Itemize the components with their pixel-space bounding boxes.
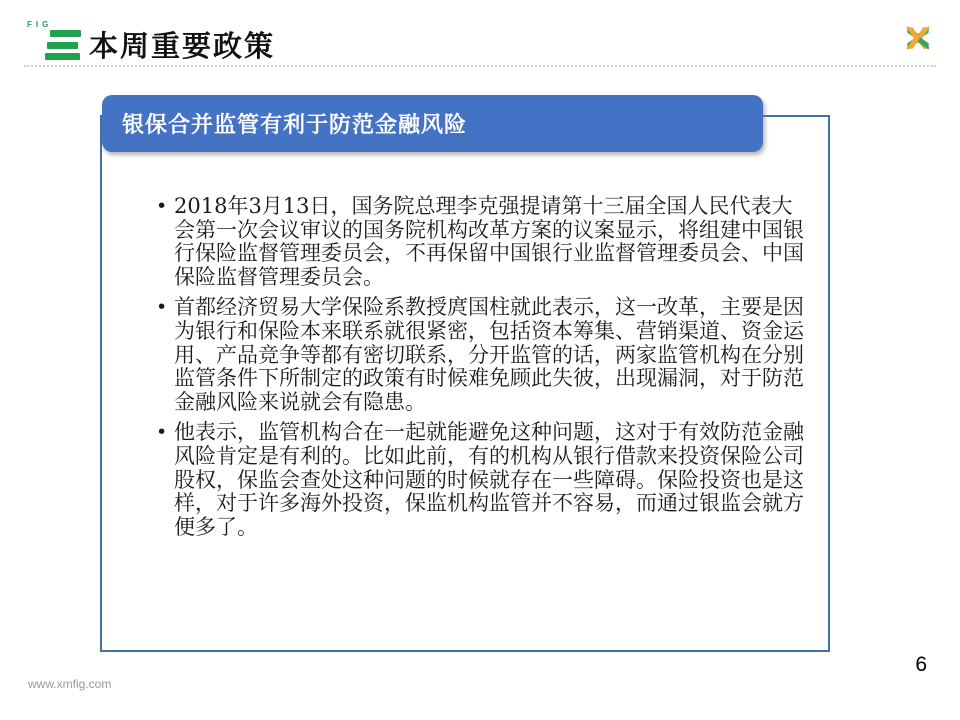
header-divider [24, 65, 936, 67]
fig-logo-bar-icon [47, 42, 78, 49]
bullet-item: 首都经济贸易大学保险系教授庹国柱就此表示，这一改革，主要是因为银行和保险本来联系… [155, 296, 805, 414]
card-title-bar: 银保合并监管有利于防范金融风险 [102, 95, 763, 152]
bullet-item: 他表示，监管机构合在一起就能避免这种问题，这对于有效防范金融风险肯定是有利的。比… [155, 421, 805, 539]
page-title: 本周重要政策 [89, 24, 275, 65]
fig-logo-bar-icon [45, 53, 80, 60]
slide: FIG 本周重要政策 银保合并监管有利于防范金融风险 2018 [0, 0, 960, 720]
bullet-item: 2018年3月13日，国务院总理李克强提请第十三届全国人民代表大会第一次会议审议… [155, 195, 805, 289]
website-url: www.xmfig.com [28, 677, 111, 691]
fig-logo-bar-icon [50, 30, 81, 37]
fig-logo-text: FIG [27, 20, 52, 29]
page-number: 6 [915, 653, 927, 677]
bullet-list: 2018年3月13日，国务院总理李克强提请第十三届全国人民代表大会第一次会议审议… [155, 195, 805, 546]
pinwheel-logo-icon [903, 23, 933, 53]
card-title: 银保合并监管有利于防范金融风险 [122, 108, 467, 139]
